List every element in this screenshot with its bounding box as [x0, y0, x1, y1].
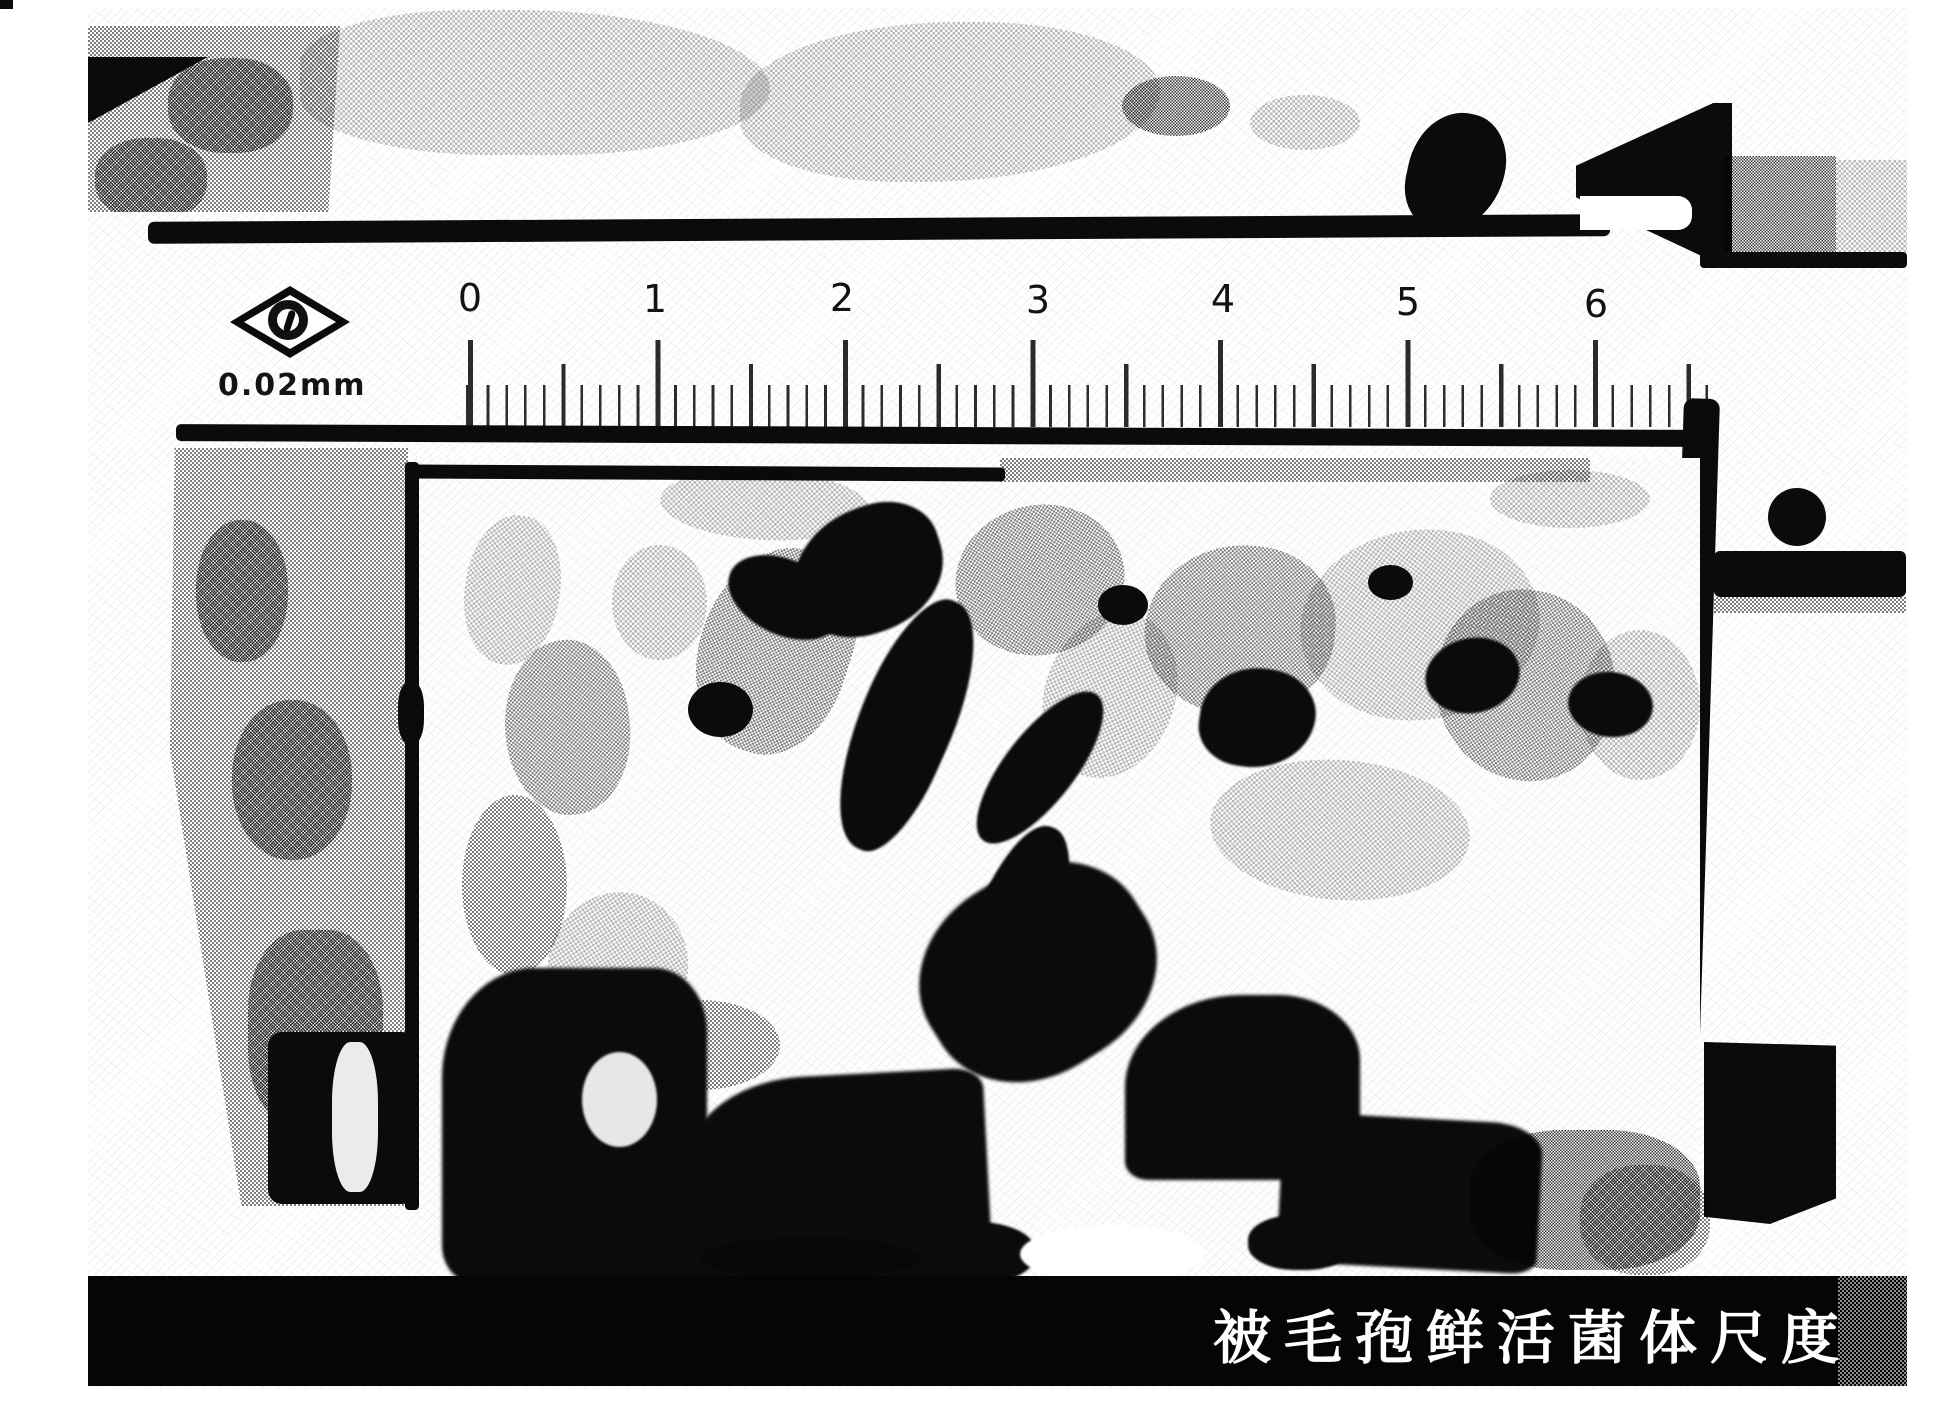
slider-frame-shadow — [1714, 597, 1906, 613]
mm-ticks — [455, 385, 1713, 427]
shadow-under-gray — [700, 1237, 920, 1279]
card-top-edge-faint — [1000, 458, 1590, 482]
shadow-left-mass — [442, 968, 707, 1283]
ruler-number-4: 4 — [1201, 277, 1245, 321]
fluff-blob — [1490, 470, 1650, 528]
caption-text: 被毛孢鲜活菌体尺度 — [1213, 1291, 1873, 1375]
left-jaw-upper-shade — [168, 58, 293, 153]
specimen-dark-spot — [1368, 565, 1413, 600]
clamp-slot — [1580, 196, 1692, 230]
shadow-fade-right — [1580, 1165, 1710, 1275]
specimen-dark-spot — [1098, 585, 1148, 625]
left-jaw-lower-shade — [196, 520, 288, 662]
card-left-edge-knot — [398, 682, 424, 744]
ruler-number-5: 5 — [1386, 280, 1430, 324]
ruler-number-0: 0 — [448, 276, 492, 320]
specimen-foot — [1248, 1215, 1353, 1270]
specimen-dark-spot — [688, 682, 753, 737]
ruler-number-1: 1 — [633, 277, 677, 321]
cylinder-highlight — [332, 1042, 378, 1192]
ruler-number-2: 2 — [820, 276, 864, 320]
top-mottle-dark — [1122, 76, 1230, 136]
ruler-number-6: 6 — [1574, 282, 1618, 326]
figure-photograph: 0 1 2 3 4 5 6 0.02mm — [0, 0, 1947, 1403]
left-jaw-lower-shade — [232, 700, 352, 860]
precision-label: 0.02mm — [218, 368, 367, 403]
brand-diamond-logo-icon — [230, 286, 350, 358]
ruler-ticks — [455, 340, 1713, 427]
movable-jaw-block — [1704, 1042, 1836, 1224]
top-mottle — [1250, 95, 1360, 150]
specimen-foot-gap — [1020, 1225, 1205, 1283]
left-jaw-upper-shade — [95, 138, 207, 220]
ruler-number-3: 3 — [1016, 278, 1060, 322]
beam-right-extension-line — [1700, 252, 1907, 268]
slider-body-shade — [1724, 156, 1836, 254]
card-left-edge — [405, 462, 419, 1210]
slider-body-shade-light — [1836, 160, 1907, 252]
shadow-notch — [582, 1052, 657, 1147]
screw-hole — [1768, 488, 1826, 546]
slider-frame-bar — [1714, 551, 1906, 597]
specimen-foot — [905, 1222, 1035, 1284]
fluff-blob — [612, 545, 707, 660]
scan-corner-mark — [0, 0, 13, 9]
